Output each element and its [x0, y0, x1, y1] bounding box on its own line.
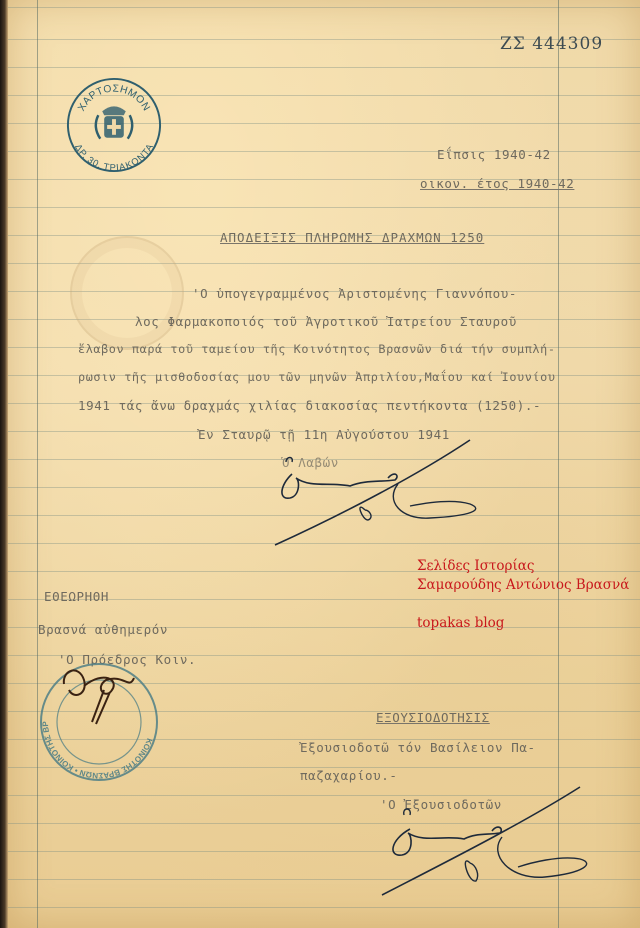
overlay-line-1: Σελίδες Ιστορίας	[417, 558, 534, 574]
body-line-3: ἔλαβον παρά τοῦ ταμείου τῆς Κοινότητος Β…	[78, 342, 556, 356]
community-stamp-icon: ΚΟΙΝΟΤΗΣ ΒΡΑΣΝΩΝ • ΚΟΙΝΟΤΗΣ ΒΡΑΣΝΩΝ	[34, 660, 164, 784]
overlay-line-3: topakas blog	[417, 615, 504, 631]
overlay-line-2: Σαμαρούδης Αντώνιος Βρασνά	[417, 577, 629, 593]
body-line-2: λος Φαρμακοποιός τοῦ Ἀγροτικοῦ Ἰατρείου …	[135, 314, 517, 329]
approval-line: Βρασνά αὐθημερόν	[38, 622, 168, 637]
svg-text:ΔΡ. 30. ΤΡΙΑΚΟΝΤΑ: ΔΡ. 30. ΤΡΙΑΚΟΝΤΑ	[73, 142, 155, 173]
recipient-signature-icon	[270, 440, 490, 550]
scan-edge	[0, 0, 8, 928]
serial-number: ΖΣ 444309	[500, 34, 603, 54]
header-line-2: οικον. έτος 1940-42	[420, 176, 574, 191]
left-margin-line	[37, 0, 38, 928]
header-line-1: Εΐπσις 1940-42	[437, 147, 551, 162]
body-line-5: 1941 τάς ἄνω δραχμάς χιλίας διακοσίας πε…	[78, 398, 541, 413]
authorization-line-2: παζαχαρίου.-	[300, 768, 398, 783]
authorization-line-1: Ἐξουσιοδοτῶ τόν Βασίλειον Πα-	[300, 740, 536, 755]
authorization-heading: ΕΞΟΥΣΙΟΔΟΤΗΣΙΣ	[376, 710, 490, 725]
approval-heading: ΕΘΕΩΡΗΘΗ	[44, 589, 109, 604]
authorizer-signature-icon	[380, 785, 600, 895]
embossed-seal	[70, 236, 184, 350]
body-line-4: ρωσιν τῆς μισθοδοσίας μου τῶν μηνῶν Ἀπρι…	[78, 370, 556, 384]
fiscal-stamp-icon: ΧΑΡΤΟΣΗΜΟΝ ΔΡ. 30. ΤΡΙΑΚΟΝΤΑ	[65, 76, 163, 174]
body-line-1: 'Ο ὑπογεγραμμένος Ἀριστομένης Γιαννόπου-	[192, 286, 517, 301]
document-title: ΑΠΟΔΕΙΞΙΣ ΠΛΗΡΩΜΗΣ ΔΡΑΧΜΩΝ 1250	[220, 230, 484, 245]
